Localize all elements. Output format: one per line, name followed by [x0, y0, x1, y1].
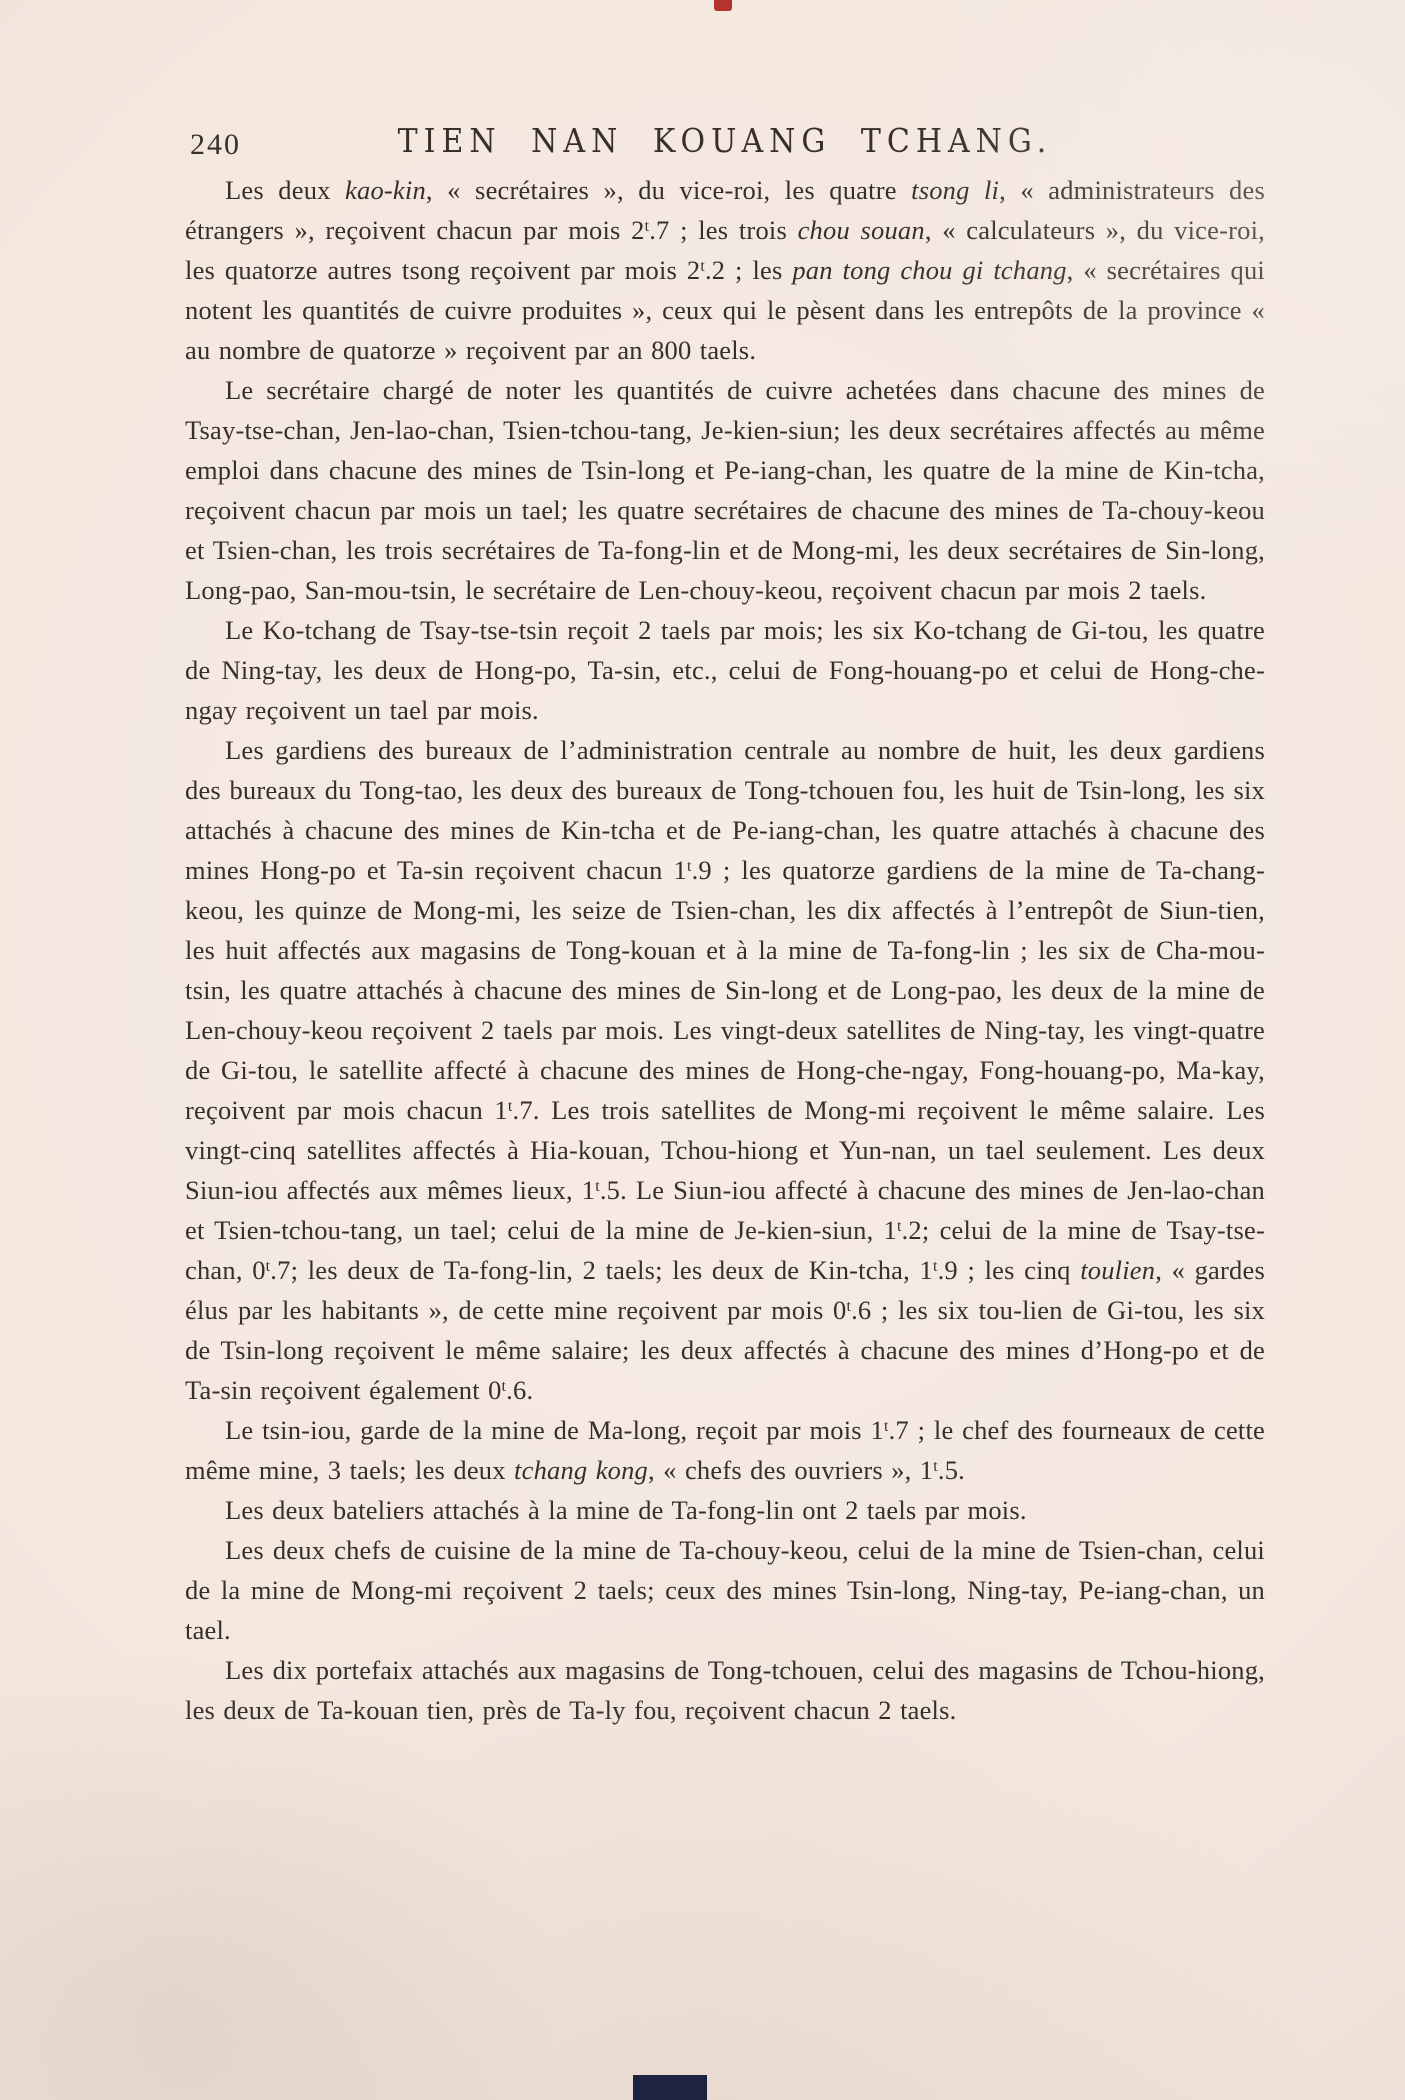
text-run: .7; les deux de Ta-fong-lin, 2 taels; le… — [270, 1255, 933, 1285]
text-run: .2 ; les — [705, 255, 792, 285]
term-italic: pan tong chou gi tchang — [792, 255, 1066, 285]
text-run: Les deux — [225, 175, 345, 205]
scan-artifact-bottom — [633, 2075, 707, 2100]
paragraph: Le tsin-iou, garde de la mine de Ma-long… — [185, 1410, 1265, 1490]
text-run: .9 ; les cinq — [938, 1255, 1081, 1285]
term-italic: kao-kin — [345, 175, 426, 205]
paragraph: Les dix portefaix attachés aux magasins … — [185, 1650, 1265, 1730]
text-run: Le secrétaire chargé de noter les quanti… — [185, 375, 1265, 605]
text-run: , « secrétaires », du vice-roi, les quat… — [426, 175, 911, 205]
text-run: , « chefs des ouvriers », 1 — [648, 1455, 933, 1485]
text-run: Les deux bateliers attachés à la mine de… — [225, 1495, 1027, 1525]
running-title: TIEN NAN KOUANG TCHANG. — [185, 123, 1265, 161]
text-run: Les deux chefs de cuisine de la mine de … — [185, 1535, 1265, 1645]
text-run: Le Ko-tchang de Tsay-tse-tsin reçoit 2 t… — [185, 615, 1265, 725]
scan-artifact-top — [714, 0, 732, 11]
text-run: .7 ; les trois — [649, 215, 797, 245]
paragraph: Le secrétaire chargé de noter les quanti… — [185, 370, 1265, 610]
page-header: 240 TIEN NAN KOUANG TCHANG. — [185, 124, 1265, 168]
text-run: Les dix portefaix attachés aux magasins … — [185, 1655, 1265, 1725]
paragraph: Les deux bateliers attachés à la mine de… — [185, 1490, 1265, 1530]
term-italic: tchang kong — [514, 1455, 648, 1485]
text-run: .5. — [938, 1455, 965, 1485]
text-body: Les deux kao-kin, « secrétaires », du vi… — [185, 170, 1265, 1730]
paragraph: Les gardiens des bureaux de l’administra… — [185, 730, 1265, 1410]
paragraph: Les deux chefs de cuisine de la mine de … — [185, 1530, 1265, 1650]
book-page-scan: 240 TIEN NAN KOUANG TCHANG. Les deux kao… — [0, 0, 1405, 2100]
text-run: .9 ; les quatorze gardiens de la mine de… — [185, 855, 1265, 1125]
term-italic: tsong li — [911, 175, 999, 205]
text-run: Le tsin-iou, garde de la mine de Ma-long… — [225, 1415, 884, 1445]
term-italic: toulien — [1080, 1255, 1155, 1285]
text-run: .6. — [506, 1375, 533, 1405]
paragraph: Les deux kao-kin, « secrétaires », du vi… — [185, 170, 1265, 370]
term-italic: chou souan — [798, 215, 925, 245]
paragraph: Le Ko-tchang de Tsay-tse-tsin reçoit 2 t… — [185, 610, 1265, 730]
